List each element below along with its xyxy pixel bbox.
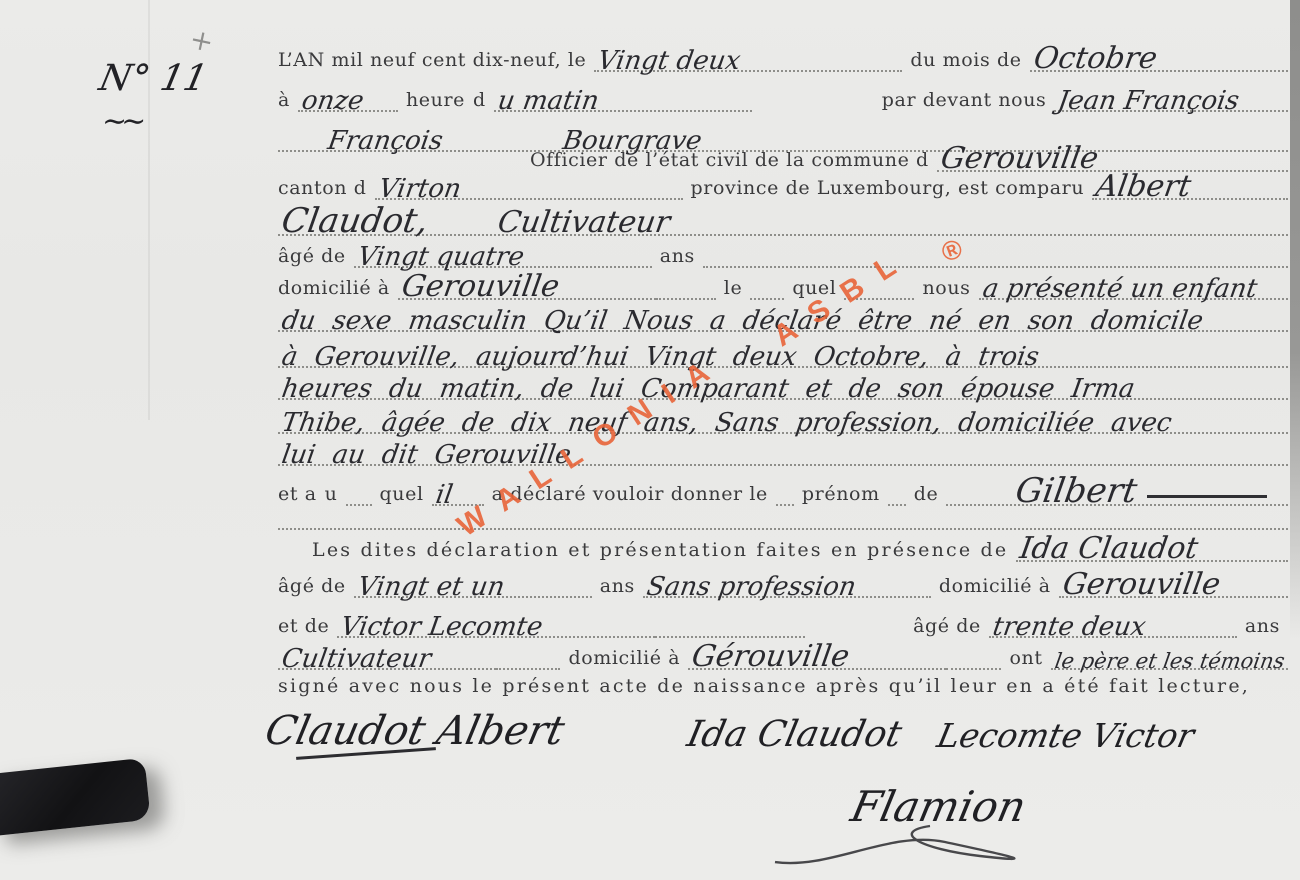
form-line-written-5: lui au dit Gerouville xyxy=(278,426,1288,466)
printed-text: prénom xyxy=(802,483,888,506)
printed-text: de xyxy=(914,483,947,506)
dotted-rule xyxy=(888,504,906,506)
printed-text: âgé de xyxy=(278,575,354,598)
printed-text: et a xyxy=(278,483,325,506)
signature-ida-claudot: Ida Claudot xyxy=(684,714,906,755)
form-line-age: âgé de Vingt quatre ans xyxy=(278,232,1288,268)
printed-text: heure xyxy=(406,89,473,112)
birth-act-scan: { "document": { "act_number": "N° 11", "… xyxy=(0,0,1300,880)
printed-text: u xyxy=(325,483,346,506)
act-number-flourish: ∼∼ xyxy=(102,104,140,139)
printed-text: quel xyxy=(380,483,432,506)
blank-meridiem: u matin xyxy=(494,88,752,112)
blank-day: Vingt deux xyxy=(594,48,902,72)
handwritten-firstname: Gilbert xyxy=(1014,474,1140,508)
form-line-firstname: et a u quel il a déclaré vouloir donner … xyxy=(278,462,1288,506)
printed-text: signé avec nous le présent acte de naiss… xyxy=(278,675,1258,698)
form-line-witness-intro: Les dites déclaration et présentation fa… xyxy=(278,526,1288,562)
blank-witness1-age: Vingt et un xyxy=(354,574,592,598)
blank-firstname: Gilbert xyxy=(946,474,1288,506)
handwritten-pronoun: il xyxy=(434,482,455,508)
blank-hour: onze xyxy=(298,88,398,112)
dotted-rule xyxy=(346,504,372,506)
printed-text: L’AN mil neuf cent dix-neuf, le xyxy=(278,49,594,72)
handwritten-hour: onze xyxy=(300,88,366,114)
blank-witness1-domicile: Gerouville xyxy=(1059,570,1288,598)
handwritten-meridiem: u matin xyxy=(496,88,601,114)
printed-text: du mois de xyxy=(910,49,1029,72)
printed-text: d xyxy=(473,89,494,112)
handwritten-month: Octobre xyxy=(1031,44,1159,74)
pen-flourish xyxy=(1147,495,1267,498)
printed-text: ans xyxy=(600,575,643,598)
scan-edge-shadow xyxy=(1290,0,1300,640)
blank-month: Octobre xyxy=(1030,44,1288,72)
dotted-rule xyxy=(776,504,794,506)
form-line-declarant: Claudot, Cultivateur xyxy=(278,192,1288,236)
act-number: N° 11 xyxy=(96,58,211,99)
blank-officer-firstname: Jean François xyxy=(1054,88,1288,112)
form-line-closing: signé avec nous le présent acte de naiss… xyxy=(278,662,1288,698)
signature-lecomte-victor: Lecomte Victor xyxy=(934,716,1198,755)
blank-witness1-profession: Sans profession xyxy=(643,574,931,598)
signature-claudot-albert: Claudot Albert xyxy=(261,708,568,754)
form-line-witness1-details: âgé de Vingt et un ans Sans profession d… xyxy=(278,558,1288,598)
form-line-hour: à onze heure d u matin par devant nous J… xyxy=(278,76,1288,112)
handwritten-officer-firstname: Jean François xyxy=(1056,88,1241,114)
form-line-year: L’AN mil neuf cent dix-neuf, le Vingt de… xyxy=(278,36,1288,72)
signature-paraph xyxy=(770,812,1100,872)
handwritten-day: Vingt deux xyxy=(596,48,742,74)
printed-text: par devant nous xyxy=(882,89,1055,112)
printed-text: à xyxy=(278,89,298,112)
printed-text: domicilié à xyxy=(939,575,1059,598)
